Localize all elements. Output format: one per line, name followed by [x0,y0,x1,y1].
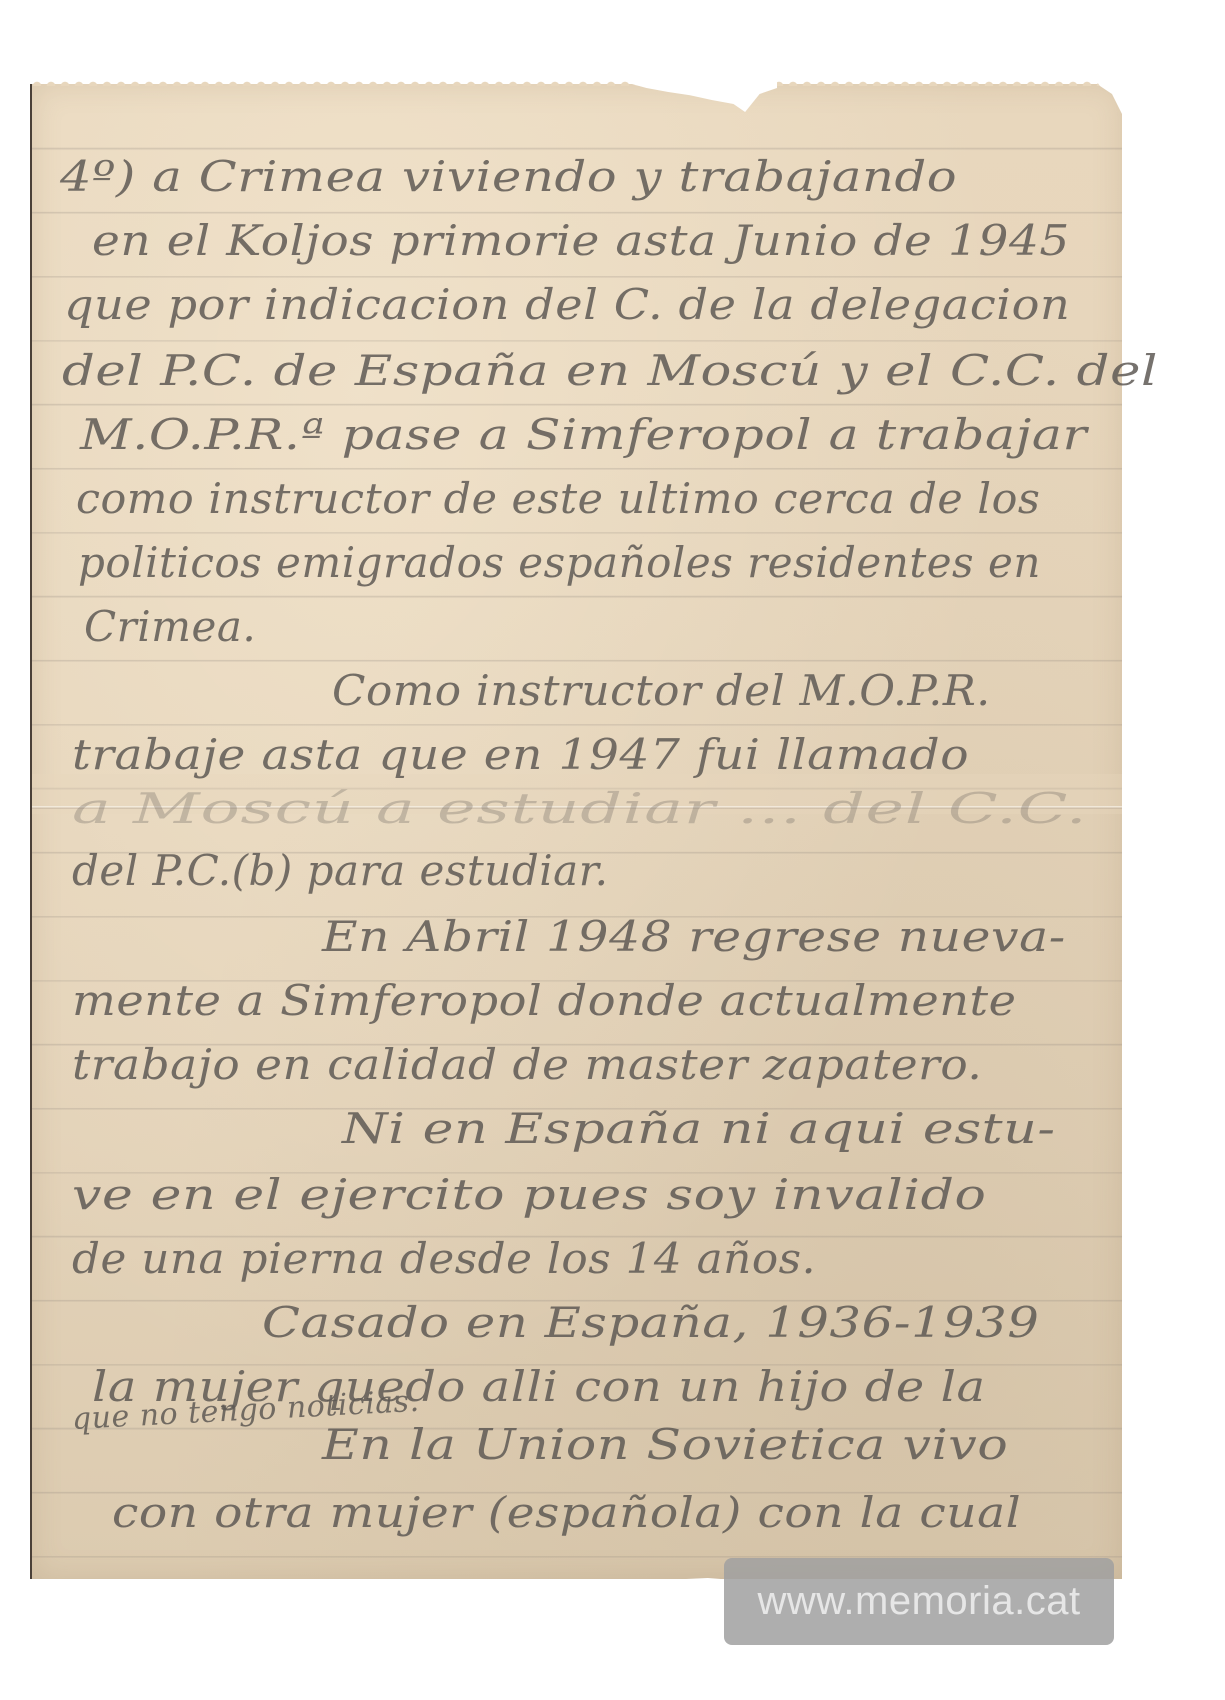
text-line: trabaje asta que en 1947 fui llamado [72,730,969,779]
text-line: en el Koljos primorie asta Junio de 1945 [92,216,1070,265]
text-line: como instructor de este ultimo cerca de … [76,474,1040,523]
text-line: trabajo en calidad de master zapatero. [72,1040,982,1089]
text-line: ve en el ejercito pues soy invalido [72,1170,987,1219]
text-line: que por indicacion del C. de la delegaci… [64,280,1070,329]
text-line: 4º) a Crimea viviendo y trabajando [60,152,957,201]
text-line: En la Union Sovietica vivo [322,1420,1008,1469]
letter-page: 4º) a Crimea viviendo y trabajando en el… [30,84,1122,1579]
text-line: politicos emigrados españoles residentes… [78,538,1041,587]
text-line: del P.C. de España en Moscú y el C.C. de… [62,346,1158,395]
text-line: Ni en España ni aqui estu- [342,1104,1056,1153]
text-line: con otra mujer (española) con la cual [112,1488,1021,1537]
watermark-text: www.memoria.cat [757,1579,1080,1624]
text-line: En Abril 1948 regrese nueva- [322,912,1066,961]
text-line: Como instructor del M.O.P.R. [332,666,991,715]
text-line: M.O.P.R.ª pase a Simferopol a trabajar [80,410,1087,459]
text-line: mente a Simferopol donde actualmente [72,976,1017,1025]
text-line: Casado en España, 1936-1939 [262,1298,1040,1347]
text-line: Crimea. [84,602,256,651]
watermark-badge: www.memoria.cat [724,1558,1114,1645]
faded-text-line: a Moscú a estudiar ... del C.C. [72,784,1087,833]
text-line: del P.C.(b) para estudiar. [72,846,609,895]
handwritten-text: 4º) a Crimea viviendo y trabajando en el… [32,84,1122,1579]
text-line: de una pierna desde los 14 años. [72,1234,816,1283]
